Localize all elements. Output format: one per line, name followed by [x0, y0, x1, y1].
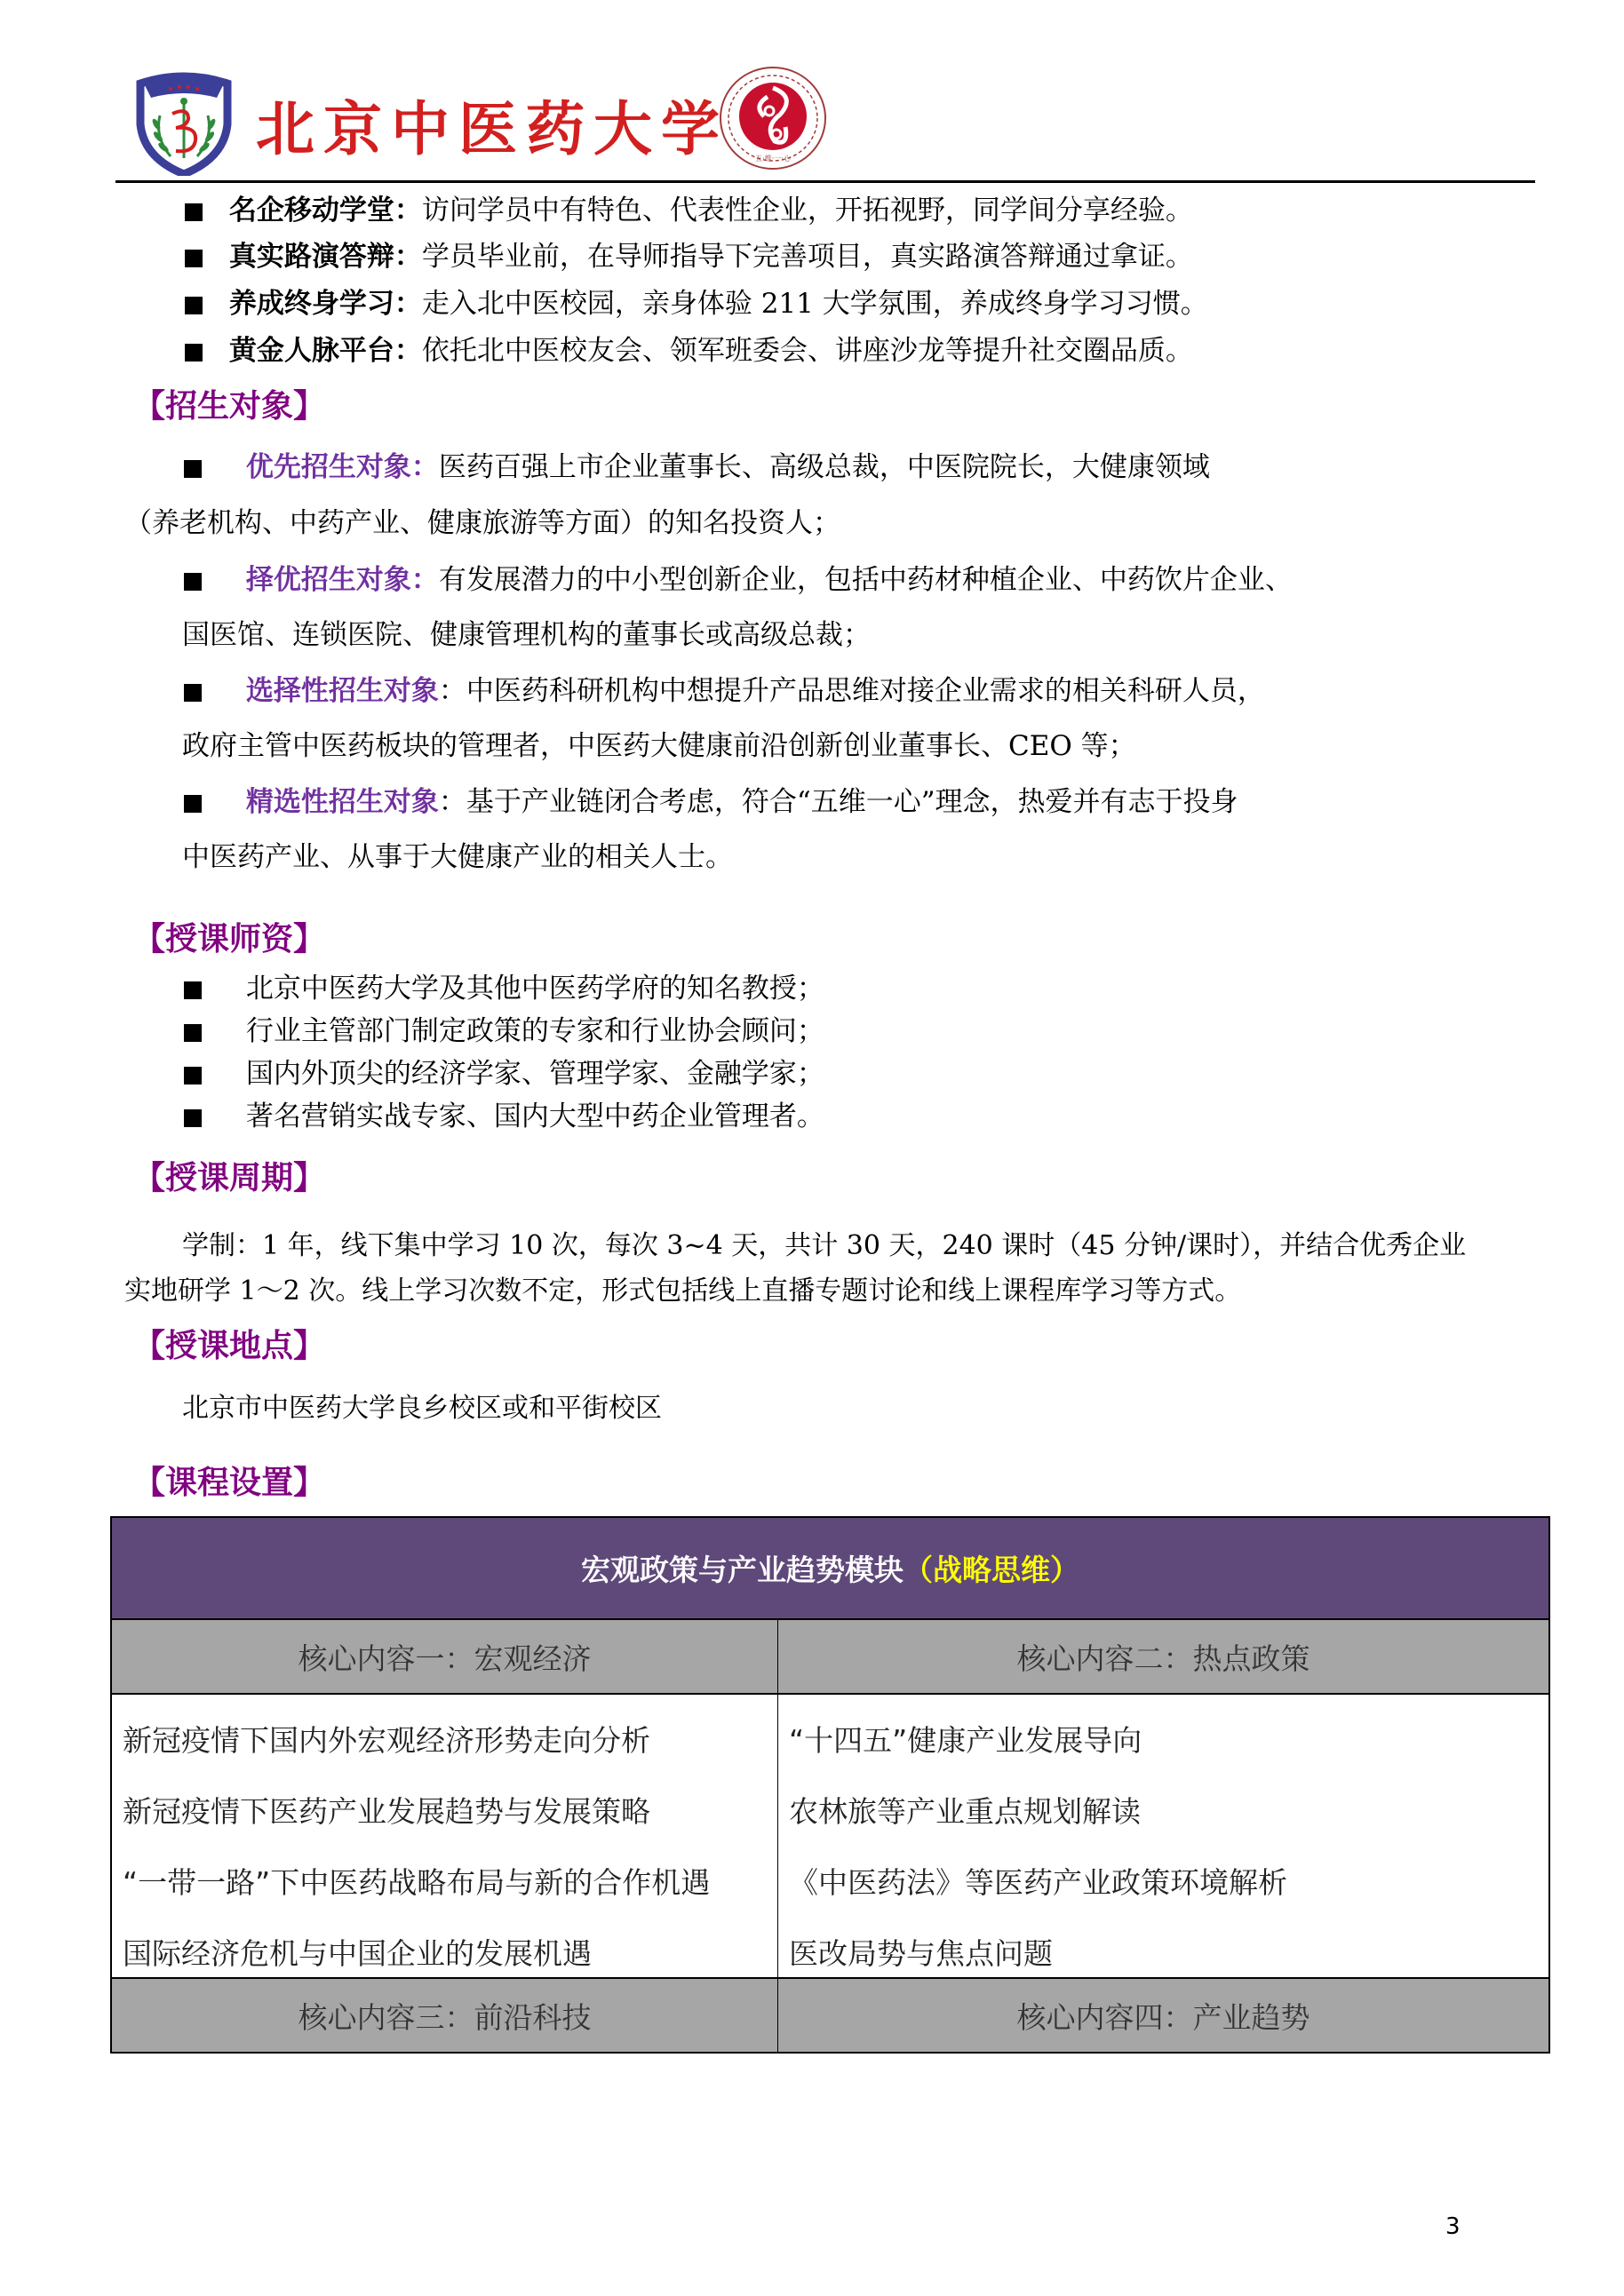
feature-item: 黄金人脉平台：依托北中医校友会、领军班委会、讲座沙龙等提升社交圈品质。 — [185, 333, 1193, 369]
core-content-1-list: 新冠疫情下国内外宏观经济形势走向分析 新冠疫情下医药产业发展趋势与发展策略 “一… — [112, 1695, 778, 1977]
course-item: 农林旅等产业重点规划解读 — [789, 1776, 1548, 1847]
core-header-row: 核心内容三：前沿科技 核心内容四：产业趋势 — [112, 1979, 1548, 2052]
enrollment-text-continued: 国医馆、连锁医院、健康管理机构的董事长或高级总裁； — [182, 617, 871, 653]
bullet-square-icon — [184, 460, 202, 478]
enrollment-text-continued: 中医药产业、从事于大健康产业的相关人士。 — [182, 839, 733, 875]
enrollment-label: 择优招生对象： — [246, 564, 439, 596]
enrollment-item-selected: 择优招生对象：有发展潜力的中小型创新企业，包括中药材种植企业、中药饮片企业、 — [184, 562, 1293, 598]
feature-item: 名企移动学堂：访问学员中有特色、代表性企业，开拓视野，同学间分享经验。 — [185, 193, 1193, 228]
bullet-square-icon — [184, 573, 202, 591]
core-content-2-title: 核心内容二：热点政策 — [778, 1620, 1548, 1693]
enrollment-label: 选择性招生对象 — [246, 675, 439, 707]
svg-text:五·维·一·心: 五·维·一·心 — [755, 154, 792, 163]
bullet-square-icon — [185, 344, 203, 361]
university-shield-logo-icon — [135, 71, 233, 176]
section-heading-schedule: 【授课周期】 — [133, 1159, 325, 1198]
feature-text: 走入北中医校园，亲身体验 211 大学氛围，养成终身学习习惯。 — [422, 288, 1208, 320]
feature-text: 依托北中医校友会、领军班委会、讲座沙龙等提升社交圈品质。 — [422, 335, 1193, 367]
core-content-2-list: “十四五”健康产业发展导向 农林旅等产业重点规划解读 《中医药法》等医药产业政策… — [778, 1695, 1548, 1977]
enrollment-text-continued: （养老机构、中药产业、健康旅游等方面）的知名投资人； — [124, 505, 840, 541]
location-text: 北京市中医药大学良乡校区或和平街校区 — [182, 1391, 662, 1426]
feature-label: 养成终身学习： — [229, 288, 422, 320]
feature-label: 黄金人脉平台： — [229, 335, 422, 367]
bullet-square-icon — [184, 795, 202, 813]
enrollment-label: 优先招生对象： — [246, 451, 439, 483]
enrollment-text: ：基于产业链闭合考虑，符合“五维一心”理念，热爱并有志于投身 — [439, 786, 1238, 818]
university-name-logotype: 北京中医药大学 — [256, 82, 728, 166]
university-seal-logo-icon: 五·维·一·心 — [718, 65, 828, 171]
core-content-3-title: 核心内容三：前沿科技 — [112, 1979, 778, 2052]
feature-text: 学员毕业前，在导师指导下完善项目，真实路演答辩通过拿证。 — [422, 241, 1193, 273]
enrollment-text: 医药百强上市企业董事长、高级总裁，中医院院长，大健康领域 — [439, 451, 1210, 483]
feature-text: 访问学员中有特色、代表性企业，开拓视野，同学间分享经验。 — [422, 195, 1193, 226]
bullet-square-icon — [185, 203, 203, 221]
section-heading-curriculum: 【课程设置】 — [133, 1464, 325, 1503]
faculty-item: 著名营销实战专家、国内大型中药企业管理者。 — [184, 1099, 824, 1134]
module-title-row: 宏观政策与产业趋势模块（战略思维） — [112, 1518, 1548, 1620]
section-heading-enrollment: 【招生对象】 — [133, 387, 325, 426]
feature-item: 真实路演答辩：学员毕业前，在导师指导下完善项目，真实路演答辩通过拿证。 — [185, 239, 1193, 274]
enrollment-text-continued: 政府主管中医药板块的管理者，中医药大健康前沿创新创业董事长、CEO 等； — [182, 728, 1136, 764]
faculty-item-text: 国内外顶尖的经济学家、管理学家、金融学家； — [246, 1058, 824, 1090]
schedule-paragraph-line2: 实地研学 1～2 次。线上学习次数不定，形式包括线上直播专题讨论和线上课程库学习… — [124, 1274, 1241, 1309]
faculty-item: 行业主管部门制定政策的专家和行业协会顾问； — [184, 1013, 824, 1049]
enrollment-item-selective: 选择性招生对象：中医药科研机构中想提升产品思维对接企业需求的相关科研人员， — [184, 673, 1265, 709]
core-content-4-title: 核心内容四：产业趋势 — [778, 1979, 1548, 2052]
bullet-square-icon — [184, 1109, 202, 1127]
faculty-item-text: 行业主管部门制定政策的专家和行业协会顾问； — [246, 1015, 824, 1047]
core-header-row: 核心内容一：宏观经济 核心内容二：热点政策 — [112, 1620, 1548, 1695]
header-divider — [115, 180, 1535, 183]
bullet-square-icon — [184, 1067, 202, 1084]
enrollment-item-curated: 精选性招生对象：基于产业链闭合考虑，符合“五维一心”理念，热爱并有志于投身 — [184, 784, 1238, 820]
enrollment-text: 有发展潜力的中小型创新企业，包括中药材种植企业、中药饮片企业、 — [439, 564, 1293, 596]
faculty-item-text: 北京中医药大学及其他中医药学府的知名教授； — [246, 973, 824, 1005]
section-heading-location: 【授课地点】 — [133, 1327, 325, 1366]
module-subtitle: （战略思维） — [904, 1547, 1079, 1589]
page-number: 3 — [1445, 2213, 1461, 2240]
bullet-square-icon — [185, 250, 203, 267]
curriculum-table: 宏观政策与产业趋势模块（战略思维） 核心内容一：宏观经济 核心内容二：热点政策 … — [110, 1516, 1550, 2054]
bullet-square-icon — [184, 684, 202, 702]
core-content-row: 新冠疫情下国内外宏观经济形势走向分析 新冠疫情下医药产业发展趋势与发展策略 “一… — [112, 1695, 1548, 1979]
enrollment-label: 精选性招生对象 — [246, 786, 439, 818]
course-item: 新冠疫情下国内外宏观经济形势走向分析 — [123, 1705, 777, 1776]
enrollment-text: ：中医药科研机构中想提升产品思维对接企业需求的相关科研人员， — [439, 675, 1265, 707]
faculty-item: 国内外顶尖的经济学家、管理学家、金融学家； — [184, 1056, 824, 1092]
module-title: 宏观政策与产业趋势模块 — [581, 1547, 904, 1589]
bullet-square-icon — [184, 1024, 202, 1042]
core-content-1-title: 核心内容一：宏观经济 — [112, 1620, 778, 1693]
course-item: “一带一路”下中医药战略布局与新的合作机遇 — [123, 1847, 777, 1919]
bullet-square-icon — [184, 981, 202, 999]
bullet-square-icon — [185, 297, 203, 314]
faculty-item: 北京中医药大学及其他中医药学府的知名教授； — [184, 971, 824, 1006]
course-item: “十四五”健康产业发展导向 — [789, 1705, 1548, 1776]
feature-label: 名企移动学堂： — [229, 195, 422, 226]
enrollment-item-priority: 优先招生对象：医药百强上市企业董事长、高级总裁，中医院院长，大健康领域 — [184, 449, 1210, 485]
course-item: 《中医药法》等医药产业政策环境解析 — [789, 1847, 1548, 1919]
faculty-item-text: 著名营销实战专家、国内大型中药企业管理者。 — [246, 1100, 824, 1132]
schedule-paragraph-line1: 学制：1 年，线下集中学习 10 次，每次 3~4 天，共计 30 天，240 … — [182, 1228, 1466, 1264]
feature-label: 真实路演答辩： — [229, 241, 422, 273]
section-heading-faculty: 【授课师资】 — [133, 920, 325, 959]
course-item: 新冠疫情下医药产业发展趋势与发展策略 — [123, 1776, 777, 1847]
feature-item: 养成终身学习：走入北中医校园，亲身体验 211 大学氛围，养成终身学习习惯。 — [185, 286, 1208, 322]
